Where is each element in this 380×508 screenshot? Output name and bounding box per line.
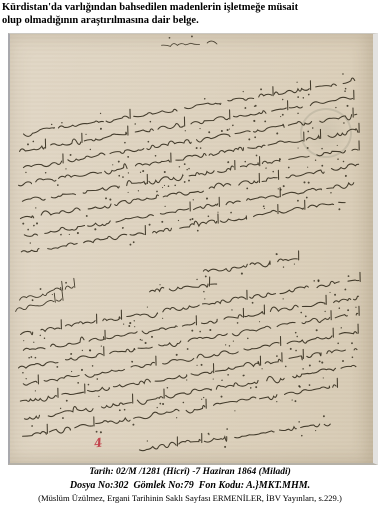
caption-bottom: Tarih: 02/M /1281 (Hicrî) -7 Haziran 186… (0, 466, 380, 504)
caption-source-line: (Müslüm Üzülmez, Ergani Tarihinin Saklı … (0, 492, 380, 504)
manuscript-line (159, 33, 218, 59)
caption-top-line1: Kürdistan'da varlığından bahsedilen made… (2, 1, 298, 14)
caption-date-line: Tarih: 02/M /1281 (Hicrî) -7 Haziran 186… (0, 466, 380, 479)
caption-top-line2: olup olmadığının araştırılmasına dair be… (2, 14, 298, 27)
document-scan: 4 (8, 33, 378, 465)
page: Kürdistan'da varlığından bahsedilen made… (0, 0, 380, 508)
manuscript-handwriting (10, 34, 373, 463)
caption-reference-line: Dosya No:302 Gömlek No:79 Fon Kodu: A.}M… (0, 479, 380, 492)
caption-top: Kürdistan'da varlığından bahsedilen made… (2, 1, 298, 27)
red-folio-number: 4 (93, 435, 103, 450)
